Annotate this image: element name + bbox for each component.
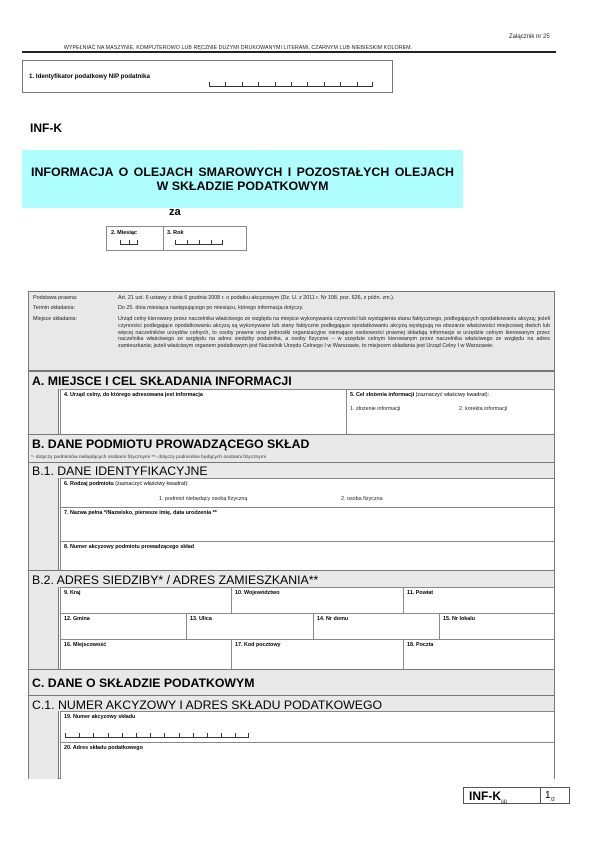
header-divider xyxy=(22,51,556,53)
section-b2-gutter xyxy=(29,587,59,669)
year-input[interactable] xyxy=(175,241,223,245)
section-c1-header: C.1. NUMER AKCYZOWY I ADRES SKŁADU PODAT… xyxy=(29,695,554,712)
nip-label: 1. Identyfikator podatkowy NIP podatnika xyxy=(29,73,150,80)
section-b-footnotes: *- dotyczy podmiotów niebędących osobami… xyxy=(31,455,266,460)
field-11-label: 11. Powiat xyxy=(407,590,433,596)
legal-basis-text: Art. 21 ust. 6 ustawy z dnia 6 grudnia 2… xyxy=(118,295,550,302)
period-for-label: za xyxy=(169,206,181,218)
section-b-header: B. DANE PODMIOTU PROWADZĄCEGO SKŁAD *- d… xyxy=(29,434,554,462)
form-title-line1: INFORMACJA O OLEJACH SMAROWYCH I POZOSTA… xyxy=(22,150,463,179)
section-a-gutter xyxy=(29,389,59,434)
section-b2-title: B.2. ADRES SIEDZIBY* / ADRES ZAMIESZKANI… xyxy=(32,573,318,587)
field-4-label: 4. Urząd celny, do którego adresowana je… xyxy=(64,392,203,398)
field-12-commune[interactable]: 12. Gmina xyxy=(60,613,186,639)
field-17-label: 17. Kod pocztowy xyxy=(235,642,281,648)
field-8-excise-number[interactable]: 8. Numer akcyzowy podmiotu prowadzącego … xyxy=(60,541,554,570)
field-14-label: 14. Nr domu xyxy=(317,616,348,622)
field-19-warehouse-excise-number[interactable]: 19. Numer akcyzowy składu xyxy=(60,711,554,742)
section-a-header: A. MIEJSCE I CEL SKŁADANIA INFORMACJI xyxy=(29,371,554,390)
field-19-comb-input[interactable] xyxy=(65,734,249,738)
page-number: 1/2 xyxy=(545,790,555,803)
section-c-header: C. DANE O SKŁADZIE PODATKOWYM xyxy=(29,669,554,695)
section-c1-gutter xyxy=(29,711,59,779)
legal-basis-label: Podstawa prawna: xyxy=(33,295,113,301)
footer-divider xyxy=(540,788,541,803)
field-9-country[interactable]: 9. Kraj xyxy=(60,587,231,613)
year-label: 3. Rok xyxy=(167,230,184,236)
field-5-label: 5. Cel złożenia informacji (zaznaczyć wł… xyxy=(350,392,489,398)
page-footer: INF-K(4) 1/2 xyxy=(463,787,570,804)
field-12-label: 12. Gmina xyxy=(64,616,90,622)
field-10-label: 10. Województwo xyxy=(235,590,280,596)
field-7-full-name[interactable]: 7. Nazwa pełna */Nazwisko, pierwsze imię… xyxy=(60,507,554,541)
footer-form-code: INF-K(4) xyxy=(469,789,507,805)
nip-field[interactable]: 1. Identyfikator podatkowy NIP podatnika xyxy=(22,60,393,93)
field-6-label: 6. Rodzaj podmiotu (zaznaczyć właściwy k… xyxy=(64,481,189,487)
field-18-post-office[interactable]: 18. Poczta xyxy=(403,639,554,669)
deadline-text: Do 25. dnia miesiąca następującego po mi… xyxy=(118,305,550,312)
section-b-title: B. DANE PODMIOTU PROWADZĄCEGO SKŁAD xyxy=(32,437,309,451)
section-c-title: C. DANE O SKŁADZIE PODATKOWYM xyxy=(32,676,254,690)
section-b1-gutter xyxy=(29,478,59,570)
field-20-label: 20. Adres składu podatkowego xyxy=(64,745,143,751)
info-panel: Podstawa prawna: Art. 21 ust. 6 ustawy z… xyxy=(29,292,554,371)
field-17-postal-code[interactable]: 17. Kod pocztowy xyxy=(231,639,403,669)
deadline-label: Termin składania: xyxy=(33,305,113,311)
field-13-street[interactable]: 13. Ulica xyxy=(186,613,313,639)
field-19-label: 19. Numer akcyzowy składu xyxy=(64,714,135,720)
month-input[interactable] xyxy=(120,241,138,245)
place-label: Miejsce składania: xyxy=(33,316,113,322)
field-8-label: 8. Numer akcyzowy podmiotu prowadzącego … xyxy=(64,544,194,550)
section-b1-header: B.1. DANE IDENTYFIKACYJNE xyxy=(29,462,554,479)
form-title-banner: INFORMACJA O OLEJACH SMAROWYCH I POZOSTA… xyxy=(22,150,463,208)
field-9-label: 9. Kraj xyxy=(64,590,80,596)
option-non-natural-person[interactable]: 1. podmiot niebędący osobą fizyczną xyxy=(159,496,247,502)
section-c1-title: C.1. NUMER AKCYZOWY I ADRES SKŁADU PODAT… xyxy=(32,698,382,712)
field-10-voivodeship[interactable]: 10. Województwo xyxy=(231,587,403,613)
field-13-label: 13. Ulica xyxy=(190,616,212,622)
form-body: Podstawa prawna: Art. 21 ust. 6 ustawy z… xyxy=(28,291,555,779)
field-16-city[interactable]: 16. Miejscowość xyxy=(60,639,231,669)
section-b2-header: B.2. ADRES SIEDZIBY* / ADRES ZAMIESZKANI… xyxy=(29,570,554,588)
annex-number: Załącznik nr 25 xyxy=(509,34,550,40)
month-label: 2. Miesiąc xyxy=(111,230,137,236)
field-7-label: 7. Nazwa pełna */Nazwisko, pierwsze imię… xyxy=(64,510,217,516)
field-11-county[interactable]: 11. Powiat xyxy=(403,587,554,613)
field-18-label: 18. Poczta xyxy=(407,642,433,648)
field-15-apartment-number[interactable]: 15. Nr lokalu xyxy=(439,613,554,639)
section-b1-title: B.1. DANE IDENTYFIKACYJNE xyxy=(32,464,208,478)
field-15-label: 15. Nr lokalu xyxy=(443,616,475,622)
section-a-title: A. MIEJSCE I CEL SKŁADANIA INFORMACJI xyxy=(32,374,292,388)
field-5-purpose: 5. Cel złożenia informacji (zaznaczyć wł… xyxy=(346,389,554,434)
option-submission[interactable]: 1. złożenie informacji xyxy=(350,406,400,412)
period-divider xyxy=(163,227,164,251)
option-natural-person[interactable]: 2. osoba fizyczna xyxy=(341,496,383,502)
form-code: INF-K xyxy=(30,121,62,135)
place-text: Urząd celny kierowany przez naczelnika w… xyxy=(118,316,550,350)
option-correction[interactable]: 2. korekta informacji xyxy=(459,406,507,412)
field-14-house-number[interactable]: 14. Nr domu xyxy=(313,613,439,639)
nip-comb-input[interactable] xyxy=(209,83,373,87)
field-4-customs-office[interactable]: 4. Urząd celny, do którego adresowana je… xyxy=(60,389,346,434)
field-6-entity-type: 6. Rodzaj podmiotu (zaznaczyć właściwy k… xyxy=(60,478,554,507)
period-box: 2. Miesiąc 3. Rok xyxy=(106,226,247,251)
field-20-warehouse-address[interactable]: 20. Adres składu podatkowego xyxy=(60,742,554,779)
form-title-line2: W SKŁADZIE PODATKOWYM xyxy=(22,179,463,193)
field-16-label: 16. Miejscowość xyxy=(64,642,106,648)
